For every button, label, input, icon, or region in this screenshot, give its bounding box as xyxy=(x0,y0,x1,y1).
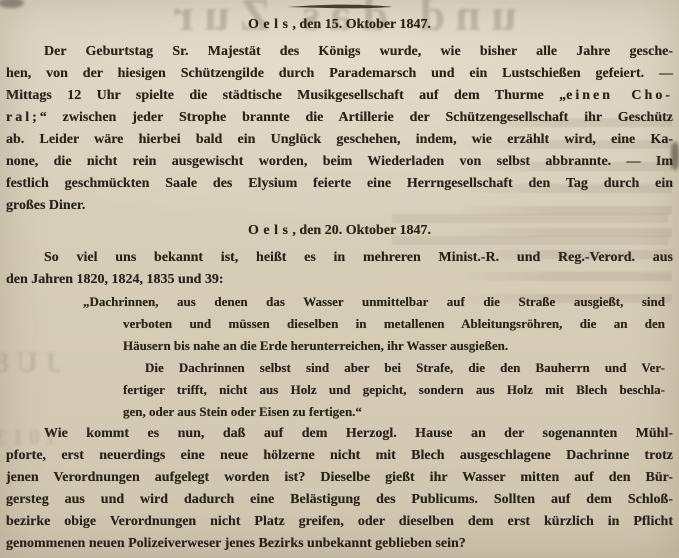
paragraph: So viel uns bekannt ist, heißt es in meh… xyxy=(6,247,673,291)
text-line: bezirke obige Verordnungen nicht Platz g… xyxy=(6,511,673,533)
text-line: Häusern bis nahe an die Erde herunterrei… xyxy=(123,335,665,357)
paragraph: Die Dachrinnen selbst sind aber bei Stra… xyxy=(123,357,665,423)
dateline-city: Oels xyxy=(248,223,292,238)
text-line: Wie kommt es nun, daß auf dem Herzogl. H… xyxy=(6,423,673,445)
text-line: „Dachrinnen, aus denen das Wasser unmitt… xyxy=(83,291,665,313)
text-line: großes Diner. xyxy=(6,195,673,217)
dateline: Oels, den 15. Oktober 1847. xyxy=(6,15,673,35)
text-line: gersteg aus und wird dadurch eine Beläst… xyxy=(6,489,673,511)
paragraph: Der Geburtstag Sr. Majestät des Königs w… xyxy=(6,41,673,217)
dateline: Oels, den 20. Oktober 1847. xyxy=(6,221,673,241)
text-line: jenen Verordnungen aufgelegt worden ist?… xyxy=(6,467,673,489)
paragraph: „Dachrinnen, aus denen das Wasser unmitt… xyxy=(123,291,665,357)
text-line: verboten und müssen dieselben in metalle… xyxy=(123,313,665,335)
text-line: So viel uns bekannt ist, heißt es in meh… xyxy=(6,247,673,269)
paragraph: Wie kommt es nun, daß auf dem Herzogl. H… xyxy=(6,423,673,555)
divider-ornament xyxy=(285,2,395,11)
text-line: none, die nicht rein ausgewischt worden,… xyxy=(6,151,673,173)
text-line: Mittags 12 Uhr spielte die städtische Mu… xyxy=(6,85,673,107)
section-divider xyxy=(6,2,673,11)
text-line: fertiger trifft, nicht aus Holz und gepi… xyxy=(123,379,665,401)
text-line: ral;“ zwischen jeder Strophe brannte die… xyxy=(6,107,673,129)
spaced-text: ral; xyxy=(6,110,40,125)
dateline-date: , den 15. Oktober 1847. xyxy=(292,17,431,32)
text-line: ab. Leider wäre hierbei bald ein Unglück… xyxy=(6,129,673,151)
text-line: hen, von der hiesigen Schützengilde durc… xyxy=(6,63,673,85)
text-line: pforte, erst neuerdings eine neue hölzer… xyxy=(6,445,673,467)
dateline-date: , den 20. Oktober 1847. xyxy=(292,223,431,238)
text-line: gen, oder aus Stein oder Eisen zu fertig… xyxy=(123,401,665,423)
dateline-city: Oels xyxy=(248,17,292,32)
text-line: den Jahren 1820, 1824, 1835 und 39: xyxy=(6,269,673,291)
text-line: festlich geschmückten Saale des Elysium … xyxy=(6,173,673,195)
article-list: Oels, den 15. Oktober 1847.Der Geburtsta… xyxy=(6,15,673,555)
spaced-text: einen Cho- xyxy=(566,88,673,103)
text-line: Der Geburtstag Sr. Majestät des Königs w… xyxy=(6,41,673,63)
newspaper-page: Oels, den 15. Oktober 1847.Der Geburtsta… xyxy=(0,0,679,558)
text-line: Die Dachrinnen selbst sind aber bei Stra… xyxy=(123,357,665,379)
text-line: genommenen neuen Polizeiverweser jenes B… xyxy=(6,533,673,555)
